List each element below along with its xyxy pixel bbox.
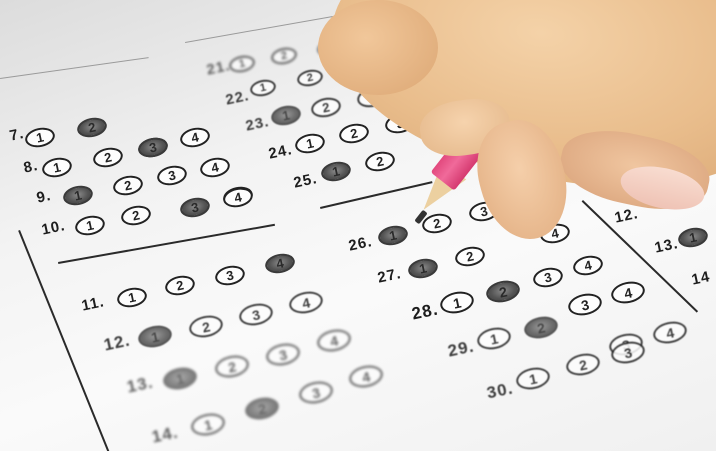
answer-bubble-1[interactable]: 1 <box>23 125 56 150</box>
answer-bubble-4[interactable]: 4 <box>178 125 211 150</box>
answer-bubble-3[interactable]: 3 <box>264 341 302 369</box>
answer-bubble-3[interactable]: 3 <box>136 135 169 160</box>
question-number: 30. <box>485 378 515 403</box>
answer-bubble-3[interactable]: 3 <box>155 163 188 188</box>
answer-bubble-4[interactable]: 4 <box>347 363 385 391</box>
question-number: 13. <box>653 235 680 257</box>
answer-bubble-1[interactable]: 1 <box>676 225 709 250</box>
answer-bubble-3[interactable]: 3 <box>297 379 335 407</box>
answer-bubble-2[interactable]: 2 <box>484 278 522 306</box>
answer-bubble-3[interactable]: 3 <box>531 265 564 290</box>
question-number: 28. <box>410 299 440 324</box>
question-number: 12. <box>102 330 132 355</box>
section-divider-top-left <box>0 57 149 79</box>
question-number: 24. <box>267 141 294 163</box>
answer-bubble-1[interactable]: 1 <box>293 131 326 156</box>
answer-bubble-2[interactable]: 2 <box>119 203 152 228</box>
answer-bubble-2[interactable]: 2 <box>296 67 325 88</box>
question-number: 22. <box>224 87 251 109</box>
answer-bubble-1[interactable]: 1 <box>376 223 409 248</box>
answer-sheet-photo: 7.12348.12349.123410.123411.123412.12341… <box>0 0 716 451</box>
question-number: 26. <box>347 233 374 255</box>
answer-bubble-1[interactable]: 1 <box>406 256 439 281</box>
question-number: 10. <box>40 217 67 239</box>
answer-bubble-3[interactable]: 3 <box>213 263 246 288</box>
answer-bubble-1[interactable]: 1 <box>40 155 73 180</box>
answer-bubble-1[interactable]: 1 <box>61 183 94 208</box>
answer-bubble-1[interactable]: 1 <box>514 365 552 393</box>
answer-bubble-1[interactable]: 1 <box>438 289 476 317</box>
answer-bubble-2[interactable]: 2 <box>111 173 144 198</box>
answer-bubble-1[interactable]: 1 <box>73 213 106 238</box>
answer-bubble-2[interactable]: 2 <box>213 353 251 381</box>
answer-bubble-1[interactable]: 1 <box>189 411 227 439</box>
answer-bubble-2[interactable]: 2 <box>309 95 342 120</box>
answer-bubble-2[interactable]: 2 <box>453 244 486 269</box>
question-number: 8. <box>22 157 40 177</box>
section-divider-top <box>185 16 333 43</box>
answer-bubble-1[interactable]: 1 <box>319 159 352 184</box>
answer-bubble-4[interactable]: 4 <box>198 155 231 180</box>
question-number: 27. <box>376 265 403 287</box>
answer-bubble-1[interactable]: 1 <box>269 103 302 128</box>
question-number: 12. <box>613 205 640 227</box>
answer-bubble-4[interactable]: 4 <box>315 327 353 355</box>
answer-bubble-1[interactable]: 1 <box>115 285 148 310</box>
answer-bubble-2[interactable]: 2 <box>163 273 196 298</box>
question-number: 29. <box>446 336 476 361</box>
answer-bubble-4[interactable]: 4 <box>651 319 689 347</box>
question-number: 11. <box>80 293 106 314</box>
answer-bubble-4[interactable]: 4 <box>263 251 296 276</box>
answer-bubble-1[interactable]: 1 <box>161 365 199 393</box>
answer-bubble-2[interactable]: 2 <box>363 149 396 174</box>
thumb <box>318 0 438 95</box>
answer-bubble-1[interactable]: 1 <box>228 53 257 74</box>
answer-bubble-4[interactable]: 4 <box>287 289 325 317</box>
answer-bubble-2[interactable]: 2 <box>75 115 108 140</box>
question-number: 7. <box>8 125 26 145</box>
answer-bubble-2[interactable]: 2 <box>564 351 602 379</box>
question-number: 9. <box>35 187 53 207</box>
answer-bubble-2[interactable]: 2 <box>270 45 299 66</box>
answer-bubble-3[interactable]: 3 <box>237 301 275 329</box>
answer-bubble-4[interactable]: 4 <box>571 253 604 278</box>
question-number: 25. <box>292 170 319 192</box>
question-number: 14. <box>150 422 180 447</box>
answer-bubble-1[interactable]: 1 <box>249 77 278 98</box>
column-divider-left <box>18 230 112 451</box>
answer-bubble-1[interactable]: 1 <box>475 325 513 353</box>
answer-bubble-2[interactable]: 2 <box>187 313 225 341</box>
answer-bubble-3[interactable]: 3 <box>566 291 604 319</box>
answer-bubble-4[interactable]: 4 <box>609 279 647 307</box>
answer-bubble-2[interactable]: 2 <box>91 145 124 170</box>
question-number: 13. <box>125 372 155 397</box>
answer-bubble-1[interactable]: 1 <box>136 323 174 351</box>
answer-bubble-2[interactable]: 2 <box>522 314 560 342</box>
question-number: 14 <box>690 268 712 289</box>
question-number: 23. <box>244 113 271 135</box>
answer-bubble-2[interactable]: 2 <box>243 395 281 423</box>
answer-bubble-3[interactable]: 3 <box>178 195 211 220</box>
question-number: 21. <box>205 57 232 79</box>
answer-bubble-2[interactable]: 2 <box>337 121 370 146</box>
